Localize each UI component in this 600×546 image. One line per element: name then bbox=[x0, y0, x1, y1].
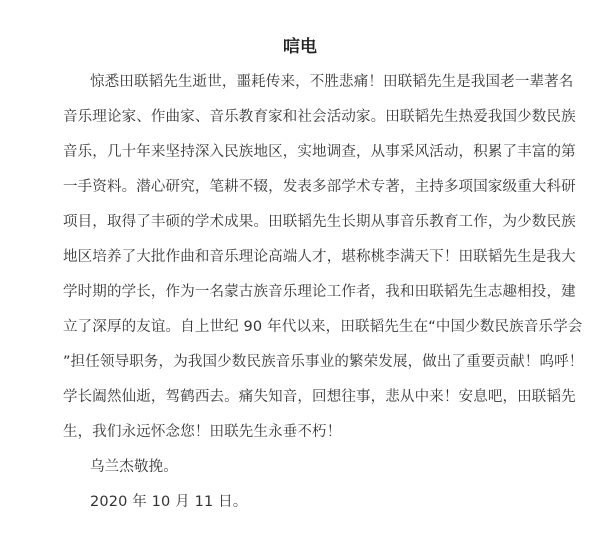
body-line: 音乐，几十年来坚持深入民族地区，实地调查，从事采风活动，积累了丰富的第 bbox=[63, 141, 543, 163]
body-line: 音乐理论家、作曲家、音乐教育家和社会活动家。田联韬先生热爱我国少数民族 bbox=[63, 106, 543, 128]
body-line: 学时期的学长，作为一名蒙古族音乐理论工作者，我和田联韬先生志趣相投，建 bbox=[63, 281, 543, 303]
date: 2020 年 10 月 11 日。 bbox=[90, 491, 570, 513]
body-line: 惊悉田联韬先生逝世，噩耗传来，不胜悲痛！田联韬先生是我国老一辈著名 bbox=[90, 71, 570, 93]
document-title: 唁电 bbox=[0, 34, 600, 60]
signature: 乌兰杰敬挽。 bbox=[90, 456, 570, 478]
body-line: 一手资料。潜心研究，笔耕不辍，发表多部学术专著，主持多项国家级重大科研 bbox=[63, 176, 543, 198]
body-line: 立了深厚的友谊。自上世纪 90 年代以来，田联韬先生在“中国少数民族音乐学会 bbox=[63, 316, 543, 338]
body-line: 生，我们永远怀念您！田联先生永垂不朽！ bbox=[63, 421, 543, 443]
body-line: 学长阖然仙逝，驾鹤西去。痛失知音，回想往事，悲从中来！安息吧，田联韬先 bbox=[63, 386, 543, 408]
body-line: ”担任领导职务，为我国少数民族音乐事业的繁荣发展，做出了重要贡献！呜呼！ bbox=[63, 351, 543, 373]
body-line: 地区培养了大批作曲和音乐理论高端人才，堪称桃李满天下！田联韬先生是我大 bbox=[63, 246, 543, 268]
body-line: 项目，取得了丰硕的学术成果。田联韬先生长期从事音乐教育工作，为少数民族 bbox=[63, 211, 543, 233]
